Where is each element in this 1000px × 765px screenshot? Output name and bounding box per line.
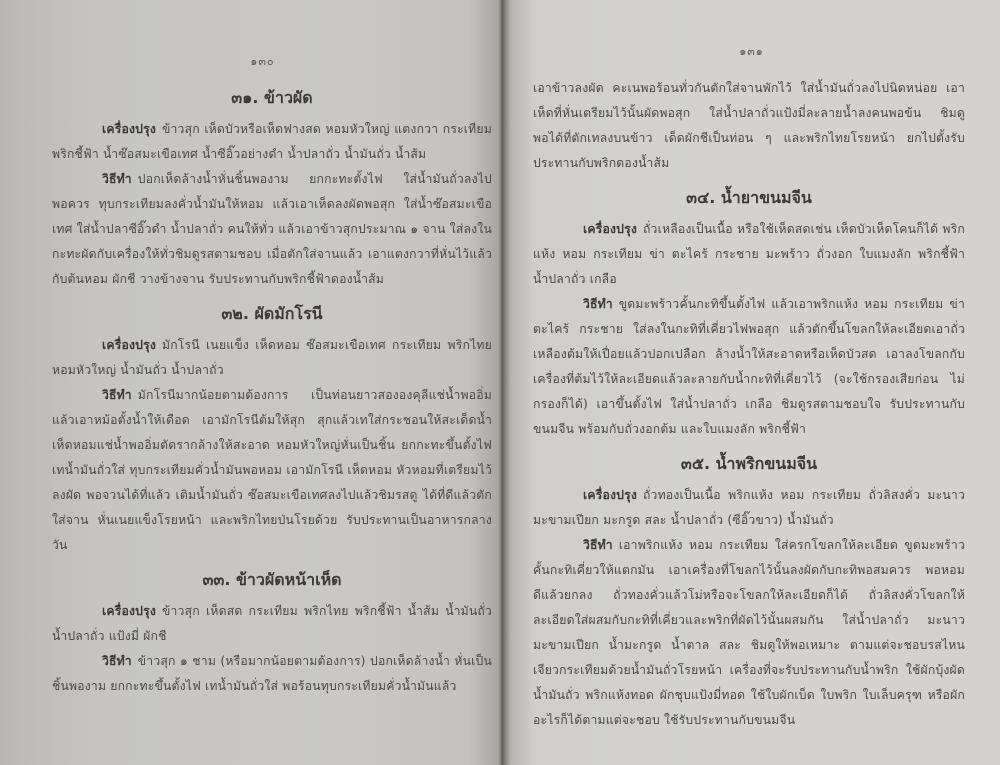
method-label: วิธีทำ bbox=[583, 538, 613, 552]
page-number: ๑๓๑ bbox=[533, 42, 970, 60]
recipe-title: ๓๔. น้ำยาขนมจีน bbox=[533, 186, 965, 211]
ingredients-paragraph: เครื่องปรุงถั่วเหลืองเป็นเนื้อ หรือใช้เห… bbox=[533, 217, 965, 292]
right-page: ๑๓๑ เอาข้าวลงผัด คะเนพอร้อนทั่วกันตักใส่… bbox=[503, 0, 1000, 765]
ingredients-label: เครื่องปรุง bbox=[102, 338, 156, 352]
left-page: ๑๓๐ ๓๑. ข้าวผัด เครื่องปรุงข้าวสุก เห็ดบ… bbox=[0, 0, 503, 765]
method-text: ขูดมะพร้าวคั้นกะทิขึ้นตั้งไฟ แล้วเอาพริก… bbox=[533, 297, 965, 436]
method-paragraph: วิธีทำขูดมะพร้าวคั้นกะทิขึ้นตั้งไฟ แล้วเ… bbox=[533, 292, 965, 442]
ingredients-label: เครื่องปรุง bbox=[102, 604, 156, 618]
method-text: ปอกเห็ดล้างน้ำหั่นชิ้นพองาม ยกกะทะตั้งไฟ… bbox=[52, 172, 492, 286]
recipe-section: ๓๓. ข้าวผัดหน้าเห็ด เครื่องปรุงข้าวสุก เ… bbox=[52, 568, 492, 699]
method-paragraph: วิธีทำปอกเห็ดล้างน้ำหั่นชิ้นพองาม ยกกะทะ… bbox=[52, 167, 492, 292]
recipe-title: ๓๓. ข้าวผัดหน้าเห็ด bbox=[52, 568, 492, 593]
recipe-title: ๓๒. ผัดมักโรนี bbox=[52, 302, 492, 327]
continuation-paragraph: เอาข้าวลงผัด คะเนพอร้อนทั่วกันตักใส่จานพ… bbox=[533, 76, 965, 176]
open-book-spread: ๑๓๐ ๓๑. ข้าวผัด เครื่องปรุงข้าวสุก เห็ดบ… bbox=[0, 0, 1000, 765]
ingredients-label: เครื่องปรุง bbox=[583, 488, 637, 502]
page-content: ๓๑. ข้าวผัด เครื่องปรุงข้าวสุก เห็ดบัวหร… bbox=[52, 86, 492, 699]
ingredients-paragraph: เครื่องปรุงข้าวสุก เห็ดสด กระเทียม พริกไ… bbox=[52, 599, 492, 649]
ingredients-paragraph: เครื่องปรุงข้าวสุก เห็ดบัวหรือเห็ดฟางสด … bbox=[52, 117, 492, 167]
recipe-section: ๓๔. น้ำยาขนมจีน เครื่องปรุงถั่วเหลืองเป็… bbox=[533, 186, 965, 442]
page-number: ๑๓๐ bbox=[52, 52, 503, 70]
recipe-section: ๓๕. น้ำพริกขนมจีน เครื่องปรุงถั่วทองเป็น… bbox=[533, 452, 965, 733]
method-label: วิธีทำ bbox=[583, 297, 613, 311]
recipe-title: ๓๕. น้ำพริกขนมจีน bbox=[533, 452, 965, 477]
recipe-title: ๓๑. ข้าวผัด bbox=[52, 86, 492, 111]
ingredients-paragraph: เครื่องปรุงถั่วทองเป็นเนื้อ พริกแห้ง หอม… bbox=[533, 483, 965, 533]
method-label: วิธีทำ bbox=[102, 654, 132, 668]
page-content: เอาข้าวลงผัด คะเนพอร้อนทั่วกันตักใส่จานพ… bbox=[533, 76, 965, 733]
ingredients-label: เครื่องปรุง bbox=[583, 222, 637, 236]
recipe-section: ๓๒. ผัดมักโรนี เครื่องปรุงมักโรนี เนยแข็… bbox=[52, 302, 492, 558]
ingredients-label: เครื่องปรุง bbox=[102, 122, 156, 136]
method-label: วิธีทำ bbox=[102, 172, 132, 186]
method-paragraph: วิธีทำเอาพริกแห้ง หอม กระเทียม ใส่ครกโขล… bbox=[533, 533, 965, 733]
method-paragraph: วิธีทำข้าวสุก ๑ ชาม (หรือมากน้อยตามต้องก… bbox=[52, 649, 492, 699]
ingredients-paragraph: เครื่องปรุงมักโรนี เนยแข็ง เห็ดหอม ซ๊อสม… bbox=[52, 333, 492, 383]
recipe-section: ๓๑. ข้าวผัด เครื่องปรุงข้าวสุก เห็ดบัวหร… bbox=[52, 86, 492, 292]
method-text: เอาพริกแห้ง หอม กระเทียม ใส่ครกโขลกให้ละ… bbox=[533, 538, 965, 727]
method-label: วิธีทำ bbox=[102, 388, 132, 402]
method-text: มักโรนีมากน้อยตามต้องการ เป็นท่อนยาวสองอ… bbox=[52, 388, 492, 552]
method-paragraph: วิธีทำมักโรนีมากน้อยตามต้องการ เป็นท่อนย… bbox=[52, 383, 492, 558]
